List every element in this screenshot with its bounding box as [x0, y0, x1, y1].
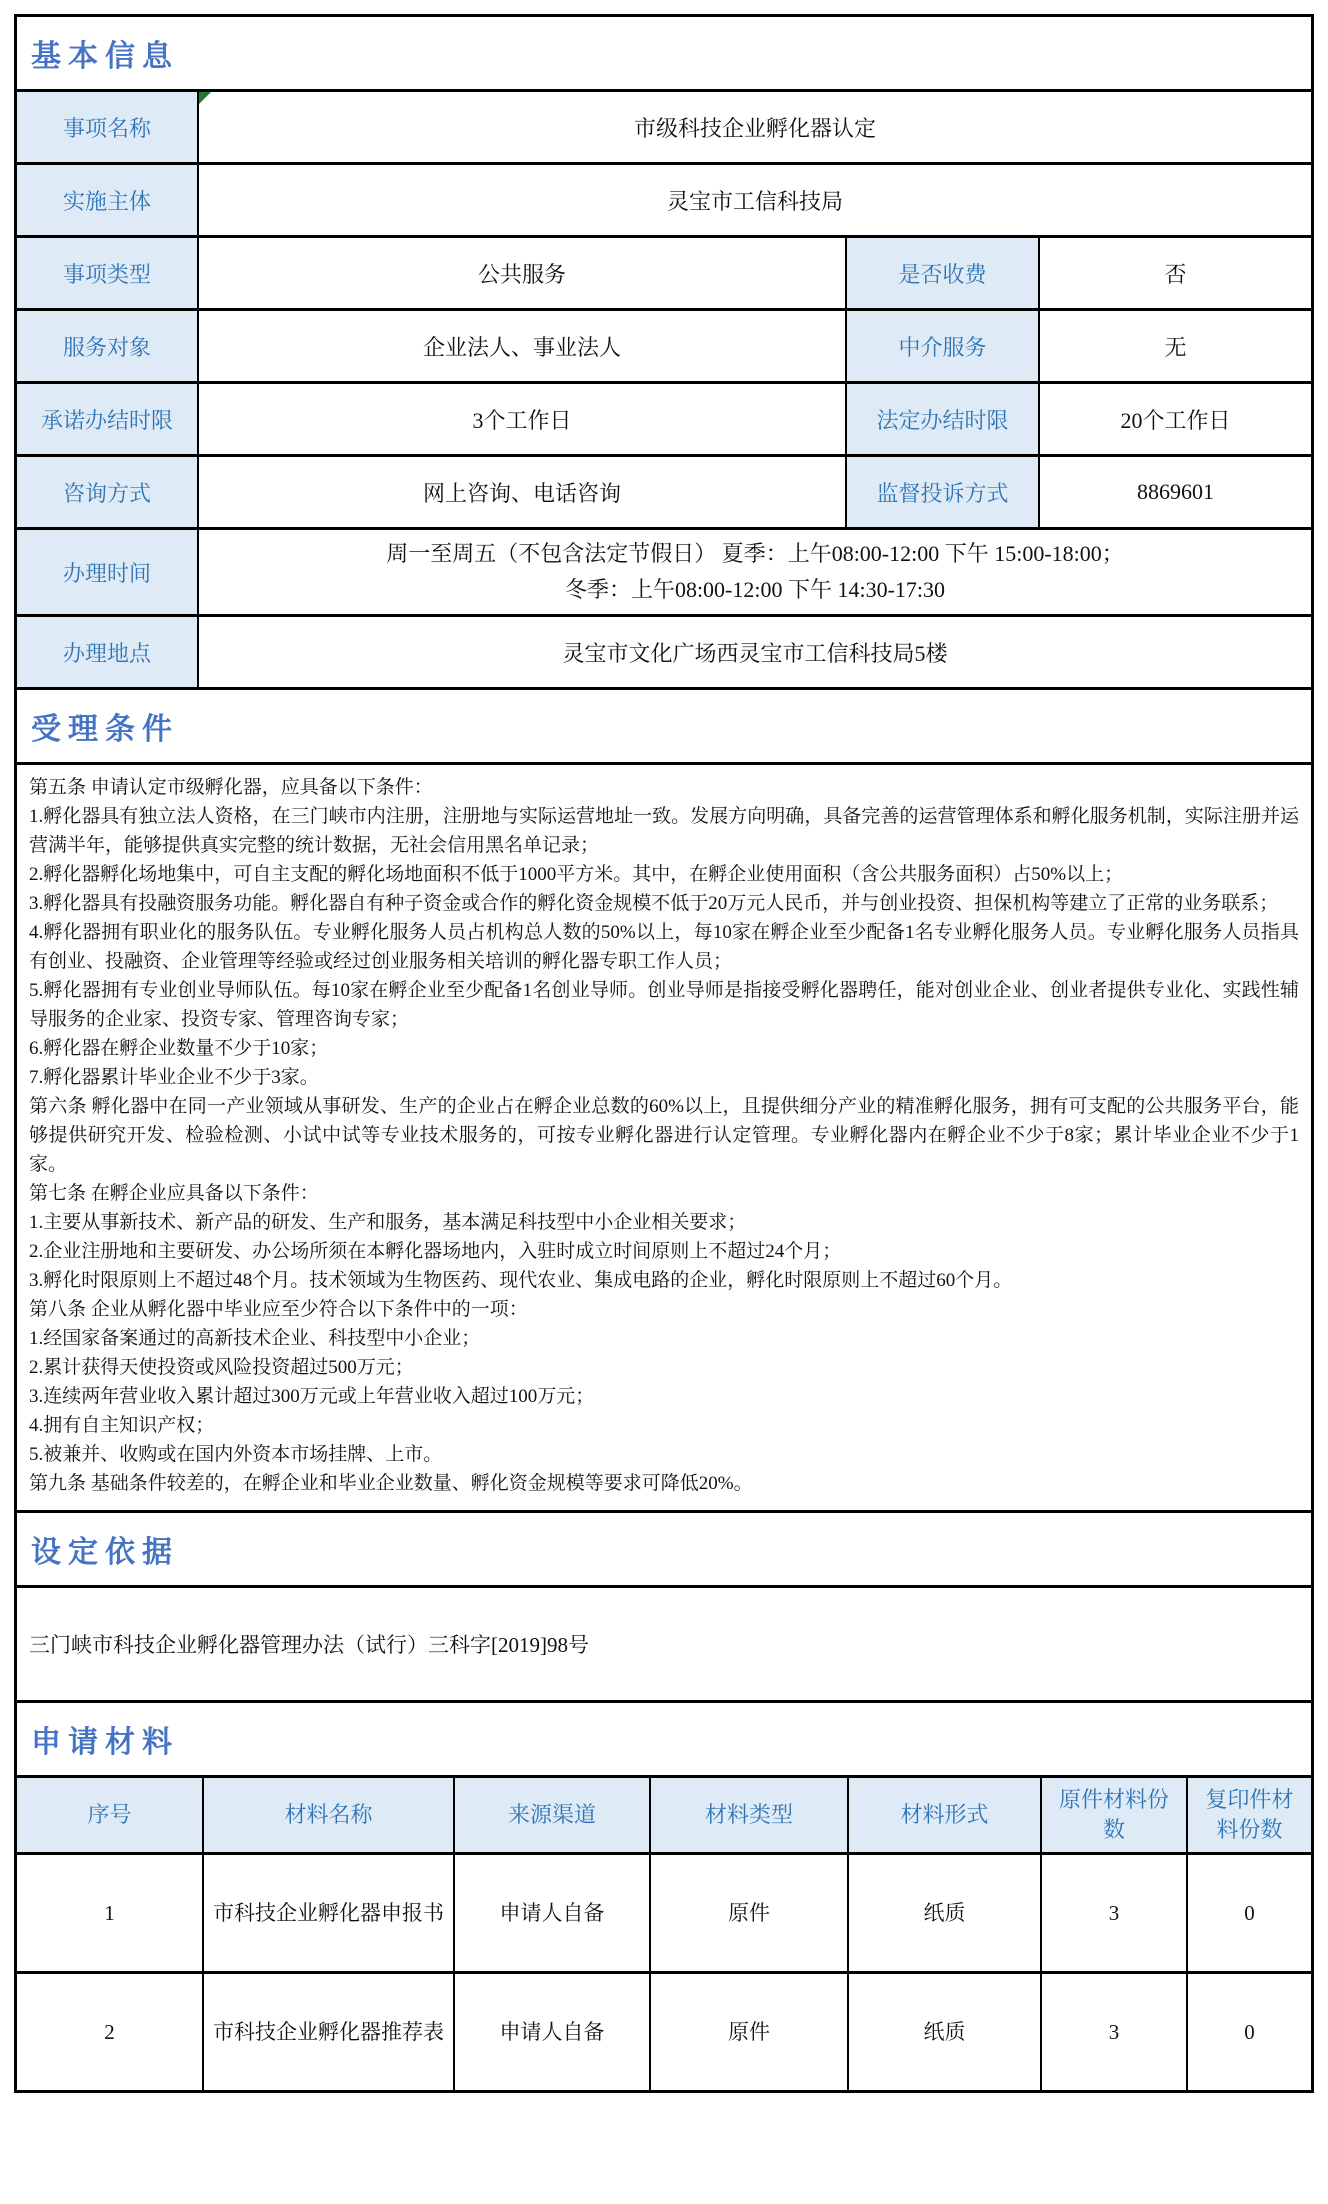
field-value: 灵宝市文化广场西灵宝市工信科技局5楼	[197, 617, 1311, 687]
field-value: 市级科技企业孵化器认定	[197, 92, 1311, 162]
material-form: 纸质	[847, 1974, 1040, 2090]
material-seq: 1	[17, 1855, 202, 1971]
field-label: 是否收费	[845, 238, 1038, 308]
basis-content: 三门峡市科技企业孵化器管理办法（试行）三科字[2019]98号	[17, 1585, 1311, 1700]
material-original-copies: 3	[1040, 1974, 1186, 2090]
service-info-sheet: 基本信息 事项名称 市级科技企业孵化器认定 实施主体 灵宝市工信科技局 事项类型…	[14, 14, 1314, 2093]
section-title: 申请材料	[31, 1717, 179, 1761]
field-label: 办理时间	[17, 530, 197, 614]
condition-paragraph: 4.孵化器拥有职业化的服务队伍。专业孵化服务人员占机构总人数的50%以上，每10…	[29, 918, 1299, 976]
field-label: 咨询方式	[17, 457, 197, 527]
acceptance-conditions-text: 第五条 申请认定市级孵化器，应具备以下条件：1.孵化器具有独立法人资格，在三门峡…	[17, 762, 1311, 1510]
field-value: 网上咨询、电话咨询	[197, 457, 845, 527]
field-label: 事项类型	[17, 238, 197, 308]
condition-paragraph: 第九条 基础条件较差的，在孵企业和毕业企业数量、孵化资金规模等要求可降低20%。	[29, 1469, 1299, 1498]
field-value: 无	[1038, 311, 1311, 381]
condition-paragraph: 第六条 孵化器中在同一产业领域从事研发、生产的企业占在孵企业总数的60%以上，且…	[29, 1092, 1299, 1179]
field-value-text: 市级科技企业孵化器认定	[634, 112, 876, 143]
info-row-item-name: 事项名称 市级科技企业孵化器认定	[17, 89, 1311, 162]
column-header-source: 来源渠道	[453, 1778, 649, 1852]
field-label: 办理地点	[17, 617, 197, 687]
info-row-consult-method: 咨询方式 网上咨询、电话咨询 监督投诉方式 8869601	[17, 454, 1311, 527]
condition-paragraph: 3.连续两年营业收入累计超过300万元或上年营业收入超过100万元；	[29, 1382, 1299, 1411]
info-row-promised-time: 承诺办结时限 3个工作日 法定办结时限 20个工作日	[17, 381, 1311, 454]
condition-paragraph: 1.经国家备案通过的高新技术企业、科技型中小企业；	[29, 1324, 1299, 1353]
field-label: 监督投诉方式	[845, 457, 1038, 527]
material-original-copies: 3	[1040, 1855, 1186, 1971]
material-seq: 2	[17, 1974, 202, 2090]
material-row: 2 市科技企业孵化器推荐表 申请人自备 原件 纸质 3 0	[17, 1971, 1311, 2090]
column-header-material-form: 材料形式	[847, 1778, 1040, 1852]
material-row: 1 市科技企业孵化器申报书 申请人自备 原件 纸质 3 0	[17, 1852, 1311, 1971]
section-basis-title: 设定依据	[17, 1510, 1311, 1585]
condition-paragraph: 6.孵化器在孵企业数量不少于10家；	[29, 1034, 1299, 1063]
material-photocopy-copies: 0	[1186, 1855, 1311, 1971]
material-name: 市科技企业孵化器推荐表	[202, 1974, 453, 2090]
condition-paragraph: 2.累计获得天使投资或风险投资超过500万元；	[29, 1353, 1299, 1382]
condition-paragraph: 7.孵化器累计毕业企业不少于3家。	[29, 1063, 1299, 1092]
info-row-service-target: 服务对象 企业法人、事业法人 中介服务 无	[17, 308, 1311, 381]
field-label: 事项名称	[17, 92, 197, 162]
field-label: 实施主体	[17, 165, 197, 235]
field-value: 否	[1038, 238, 1311, 308]
field-label: 中介服务	[845, 311, 1038, 381]
material-source: 申请人自备	[453, 1974, 649, 2090]
section-title: 基本信息	[31, 31, 179, 75]
field-value: 企业法人、事业法人	[197, 311, 845, 381]
condition-paragraph: 2.孵化器孵化场地集中，可自主支配的孵化场地面积不低于1000平方米。其中，在孵…	[29, 860, 1299, 889]
column-header-original-copies: 原件材料份数	[1040, 1778, 1186, 1852]
field-value: 周一至周五（不包含法定节假日） 夏季：上午08:00-12:00 下午 15:0…	[197, 530, 1311, 614]
info-row-implementer: 实施主体 灵宝市工信科技局	[17, 162, 1311, 235]
condition-paragraph: 1.孵化器具有独立法人资格，在三门峡市内注册，注册地与实际运营地址一致。发展方向…	[29, 802, 1299, 860]
field-value: 8869601	[1038, 457, 1311, 527]
condition-paragraph: 第八条 企业从孵化器中毕业应至少符合以下条件中的一项：	[29, 1295, 1299, 1324]
material-type: 原件	[649, 1974, 847, 2090]
section-materials-title: 申请材料	[17, 1700, 1311, 1775]
column-header-seq: 序号	[17, 1778, 202, 1852]
column-header-material-name: 材料名称	[202, 1778, 453, 1852]
condition-paragraph: 5.孵化器拥有专业创业导师队伍。每10家在孵企业至少配备1名创业导师。创业导师是…	[29, 976, 1299, 1034]
section-title: 设定依据	[31, 1527, 179, 1571]
condition-paragraph: 3.孵化器具有投融资服务功能。孵化器自有种子资金或合作的孵化资金规模不低于20万…	[29, 889, 1299, 918]
material-form: 纸质	[847, 1855, 1040, 1971]
field-value: 20个工作日	[1038, 384, 1311, 454]
condition-paragraph: 5.被兼并、收购或在国内外资本市场挂牌、上市。	[29, 1440, 1299, 1469]
info-row-office-hours: 办理时间 周一至周五（不包含法定节假日） 夏季：上午08:00-12:00 下午…	[17, 527, 1311, 614]
field-value: 公共服务	[197, 238, 845, 308]
materials-header-row: 序号 材料名称 来源渠道 材料类型 材料形式 原件材料份数 复印件材料份数	[17, 1775, 1311, 1852]
condition-paragraph: 3.孵化时限原则上不超过48个月。技术领域为生物医药、现代农业、集成电路的企业，…	[29, 1266, 1299, 1295]
condition-paragraph: 第七条 在孵企业应具备以下条件：	[29, 1179, 1299, 1208]
field-value: 3个工作日	[197, 384, 845, 454]
info-row-office-address: 办理地点 灵宝市文化广场西灵宝市工信科技局5楼	[17, 614, 1311, 687]
material-source: 申请人自备	[453, 1855, 649, 1971]
condition-paragraph: 4.拥有自主知识产权；	[29, 1411, 1299, 1440]
material-type: 原件	[649, 1855, 847, 1971]
section-title: 受理条件	[31, 704, 179, 748]
field-label: 法定办结时限	[845, 384, 1038, 454]
condition-paragraph: 2.企业注册地和主要研发、办公场所须在本孵化器场地内，入驻时成立时间原则上不超过…	[29, 1237, 1299, 1266]
info-row-item-type: 事项类型 公共服务 是否收费 否	[17, 235, 1311, 308]
condition-paragraph: 1.主要从事新技术、新产品的研发、生产和服务，基本满足科技型中小企业相关要求；	[29, 1208, 1299, 1237]
section-acceptance-title: 受理条件	[17, 687, 1311, 762]
column-header-material-type: 材料类型	[649, 1778, 847, 1852]
field-value: 灵宝市工信科技局	[197, 165, 1311, 235]
comment-marker-icon	[199, 92, 211, 104]
section-basic-info-title: 基本信息	[17, 17, 1311, 89]
column-header-photocopy-copies: 复印件材料份数	[1186, 1778, 1311, 1852]
field-label: 服务对象	[17, 311, 197, 381]
material-photocopy-copies: 0	[1186, 1974, 1311, 2090]
field-label: 承诺办结时限	[17, 384, 197, 454]
material-name: 市科技企业孵化器申报书	[202, 1855, 453, 1971]
condition-paragraph: 第五条 申请认定市级孵化器，应具备以下条件：	[29, 773, 1299, 802]
